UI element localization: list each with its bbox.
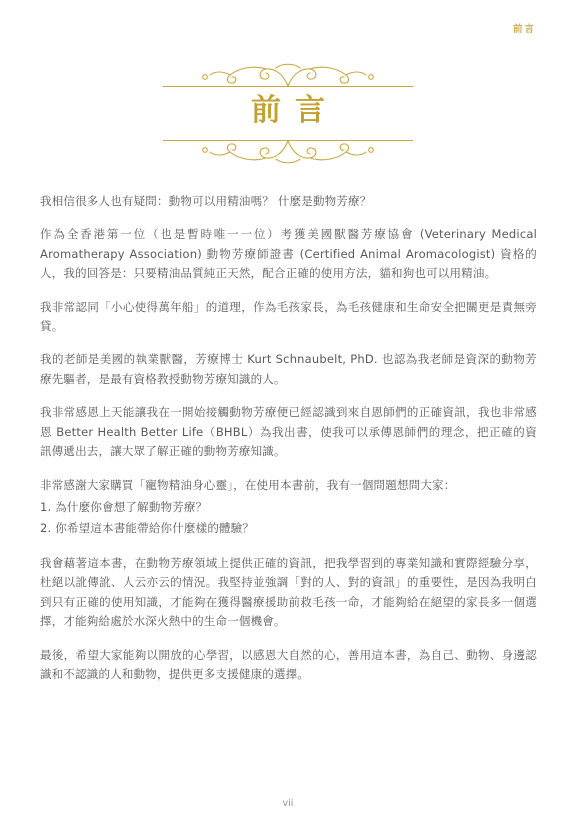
question-item: 1. 為什麼你會想了解動物芳療？: [40, 497, 537, 519]
paragraph: 我非常認同「小心使得萬年船」的道理，作為毛孩家長，為毛孩健康和生命安全把關更是責…: [40, 298, 537, 337]
page-number: vii: [0, 798, 576, 809]
flourish-divider-top-icon: [163, 62, 413, 88]
paragraph: 我相信很多人也有疑問：動物可以用精油嗎？ 什麼是動物芳療？: [40, 192, 537, 211]
flourish-divider-bottom-icon: [163, 139, 413, 165]
question-item: 2. 你希望這本書能帶給你什麼樣的體驗？: [40, 518, 537, 540]
paragraph: 最後，希望大家能夠以開放的心學習，以感恩大自然的心，善用這本書，為自己、動物、身…: [40, 646, 537, 685]
title-block: 前言: [163, 62, 413, 165]
question-block: 非常感謝大家購買「寵物精油身心靈」，在使用本書前，我有一個問題想問大家： 1. …: [40, 475, 537, 540]
book-page: 前言 前言: [0, 0, 576, 831]
paragraph: 作為全香港第一位（也是暫時唯一一位）考獲美國獸醫芳療協會 (Veterinary…: [40, 225, 537, 283]
paragraph: 我非常感恩上天能讓我在一開始接觸動物芳療便已經認識到來自恩師們的正確資訊，我也非…: [40, 403, 537, 461]
running-header: 前言: [513, 21, 536, 35]
page-title: 前言: [163, 92, 413, 130]
paragraph: 我會藉著這本書，在動物芳療領域上提供正確的資訊，把我學習到的專業知識和實際經驗分…: [40, 554, 537, 632]
question-intro: 非常感謝大家購買「寵物精油身心靈」，在使用本書前，我有一個問題想問大家：: [40, 475, 537, 497]
body-text: 我相信很多人也有疑問：動物可以用精油嗎？ 什麼是動物芳療？ 作為全香港第一位（也…: [40, 192, 537, 698]
paragraph: 我的老師是美國的執業獸醫，芳療博士 Kurt Schnaubelt, PhD. …: [40, 350, 537, 389]
